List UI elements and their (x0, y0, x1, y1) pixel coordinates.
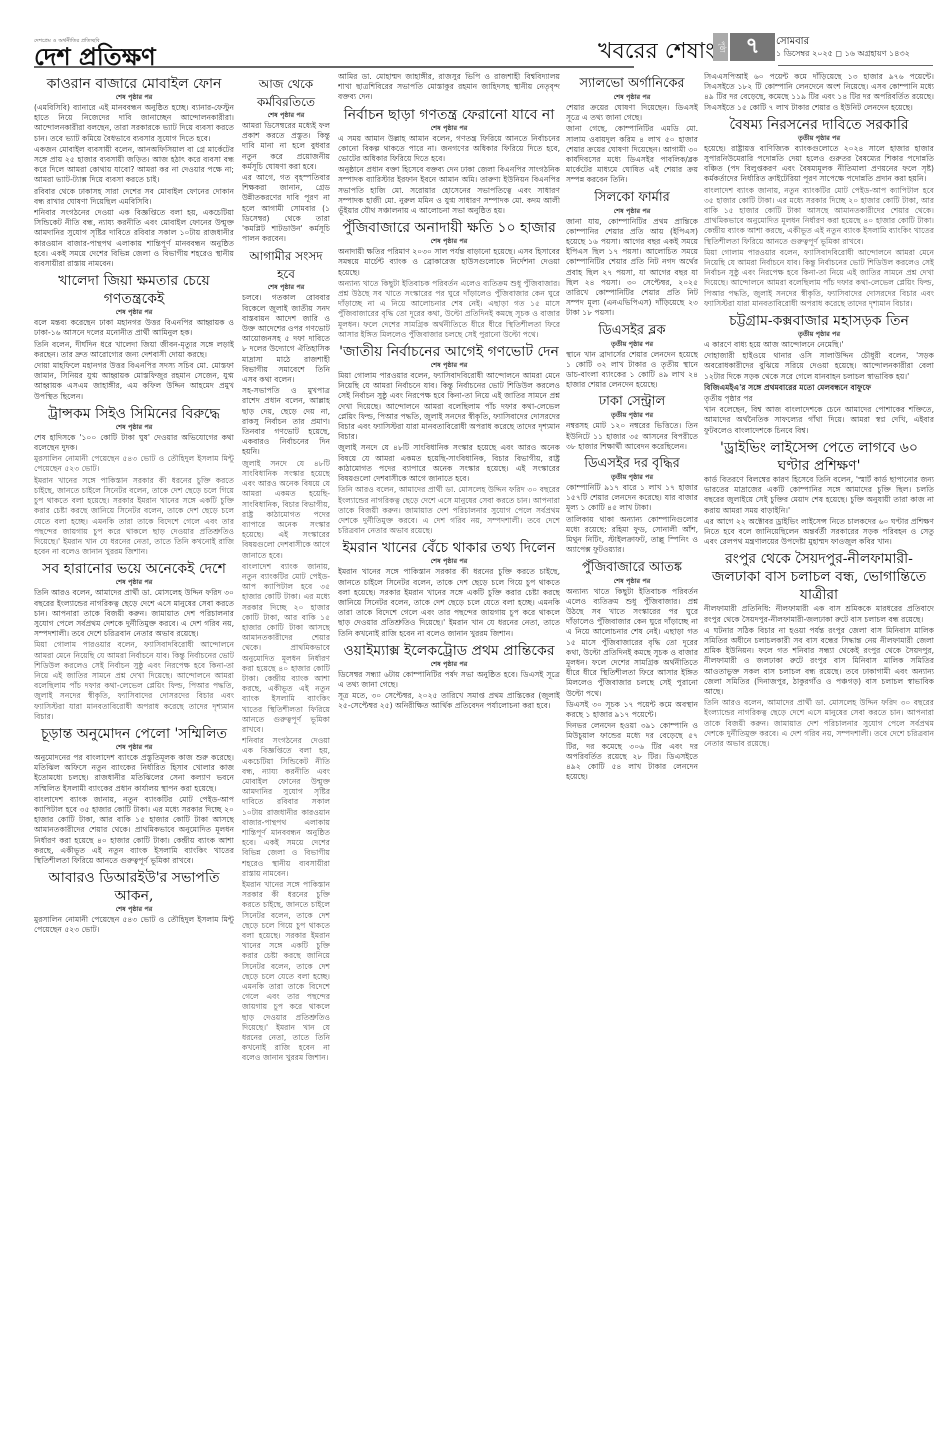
article-text: রবিবার থেকে ঢাকাসহ সারা দেশের সব মোবাইল … (34, 187, 234, 207)
article-text: ইমরান খানের সঙ্গে পাকিস্তান সরকার কী ধরন… (338, 567, 560, 638)
article-text: জানা যায়, কোম্পানিটির প্রথম প্রান্তিকে … (566, 217, 698, 319)
continued-label: শেষ পৃষ্ঠার পর (242, 111, 330, 119)
page-label: পৃষ্ঠা (713, 33, 728, 61)
article-text: ডিসেম্বর সন্ধ্যা ৬টায় কোম্পানিটির পর্ষদ… (338, 670, 560, 690)
article-text: এর আগে ২২ অক্টোবর ড্রাইভিং লাইসেন্স নিতে… (704, 517, 934, 548)
continued-label: শেষ পৃষ্ঠার পর (34, 905, 234, 913)
headline-kormobirotite: আজ থেকে কর্মবিরতিতে (242, 75, 330, 111)
continued-label: শেষ পৃষ্ঠার পর (242, 283, 330, 291)
headline-agami-sangsad: আগামীর সংসদ হবে (242, 247, 330, 283)
continued-label: শেষ পৃষ্ঠার পর (566, 207, 698, 215)
headline-imran: ইমরান খানের বেঁচে থাকার তথ্য দিলেন (338, 539, 560, 557)
continued-label: শেষ পৃষ্ঠার পর (338, 237, 560, 245)
article-text: শেষ হাদিসকে '১০০ কোটি টাকা ঘুষ' দেওয়ার … (34, 433, 234, 453)
continued-label: তৃতীয় পৃষ্ঠার পর (704, 394, 934, 404)
continued-label: তৃতীয় পৃষ্ঠার পর (704, 134, 934, 142)
continued-label: তৃতীয় পৃষ্ঠার পর (704, 330, 934, 338)
article-text: অন্যান্য খাতে কিছুটা ইতিবাচক পরিবর্তন এল… (566, 587, 698, 699)
page-number: ৭ (730, 33, 775, 61)
column-5: সিএএসপিআই ৬০ পয়েন্ট কমে দাঁড়িয়েছে ১৩ … (704, 72, 934, 1442)
continued-label: শেষ পৃষ্ঠার পর (338, 124, 560, 132)
headline-dse-block: ডিএসইর ব্লক (566, 322, 698, 340)
article-text: ডিএসই ৩০ সূচক ১৭ পয়েন্ট কমে অবস্থান করছ… (566, 700, 698, 720)
article-text: মিয়া গোলাম পারওয়ার বলেন, ফ্যাসিবাদবিরো… (34, 640, 234, 722)
article-text: কোম্পানিটি ৯১৭ বারে ১ লাখ ১৭ হাজার ১৫৭টি… (566, 483, 698, 514)
article-text: তিনি আরও বলেন, আমাদের প্রার্থী ডা. মোসলে… (338, 485, 560, 536)
date-full: ১ ডিসেম্বর ২০২৫ ◻ ১৬ অগ্রহায়ণ ১৪৩২ (776, 48, 910, 61)
date-rule (778, 65, 933, 66)
article-text: অনাদায়ী ক্ষতির পরিমাণ ২০৩০ সাল পর্যন্ত … (338, 247, 560, 278)
continued-label: শেষ পৃষ্ঠার পর (34, 93, 234, 101)
article-text: বাংলাদেশ ব্যাংক জানায়, নতুন ব্যাংকটির ম… (704, 186, 934, 247)
article-text: খান বলেছেন, বিশ্ব আজ বাংলাদেশকে চেনে আমা… (704, 405, 934, 436)
column-3: আমির ডা. মোহাম্মদ জাহাঙ্গীর, রাজসুর ভিপি… (338, 72, 560, 1442)
article-text: সূত্র মতে, ৩০ সেপ্টেম্বর, ২০২৫ তারিখে সম… (338, 691, 560, 711)
article-text: নম্বরসহ মোট ১২০ নম্বরের ভিত্তিতে। তিন ইউ… (566, 421, 698, 452)
continued-label: শেষ পৃষ্ঠার পর (34, 578, 234, 586)
article-text: এ কারণে বাধ্য হয়ে আজ আন্দোলনে নেমেছি।' (704, 340, 934, 350)
continued-label: শেষ পৃষ্ঠার পর (566, 577, 698, 585)
continued-label: তৃতীয় পৃষ্ঠার পর (566, 473, 698, 481)
article-text: তিনি আরও বলেন, আমাদের প্রার্থী ডা. মোসলে… (34, 588, 234, 639)
continued-label: শেষ পৃষ্ঠার পর (566, 93, 698, 101)
article-text: চলবে। গতকাল রোববার বিকেলে জুলাই জাতীয় স… (242, 293, 330, 385)
article-text: দোহাজারী হাইওয়ে থানার ওসি সালাউদ্দিন চৌ… (704, 351, 934, 382)
article-text: এ সময় আমান উল্লাহ আমান বলেন, গণতন্ত্র ফ… (338, 134, 560, 165)
article-text: মিয়া গোলাম পারওয়ার বলেন, ফ্যাসিবাদবিরো… (338, 371, 560, 442)
article-text: হয়েছে। রাষ্ট্রায়ত্ত বাণিজ্যিক ব্যাংকগু… (704, 144, 934, 185)
continued-label: তৃতীয় পৃষ্ঠার পর (566, 340, 698, 348)
article-text: এর আগে, গত বৃহস্পতিবার শিক্ষকরা জানান, গ… (242, 173, 330, 244)
headline-wimax: ওয়াইম্যাক্স ইলেকট্রোড প্রথম প্রান্তিকের (338, 642, 560, 660)
article-text: আমরা ডিসেম্বরের মধ্যেই ফল প্রকাশ করতে প্… (242, 121, 330, 172)
headline-salvo: স্যালভো অর্গানিকের (566, 75, 698, 93)
article-text: জুলাই সনদে যে ৪৮টি সাংবিধানিক সংস্কার হয… (242, 459, 330, 561)
article-text: বলে মন্তব্য করেছেন ঢাকা মহানগর উত্তর বিএ… (34, 318, 234, 338)
article-text: (এমবিসিবি) ব্যানারে এই মানববন্ধন অনুষ্ঠি… (34, 103, 234, 144)
headline-punjibazar: পুঁজিবাজারে অনাদায়ী ক্ষতি ১০ হাজার (338, 219, 560, 237)
article-text: শনিবার সংগঠনের দেওয়া এক বিজ্ঞপ্তিতে বলা… (34, 208, 234, 269)
logo-text: দেশ প্রতিক্ষণ (34, 46, 156, 68)
article-text: শনিবার সংগঠনের দেওয়া এক বিজ্ঞপ্তিতে বলা… (242, 736, 330, 879)
article-text: এ ঘটনার সঠিক বিচার না হওয়া পর্যন্ত রংপু… (704, 626, 934, 697)
article-text: দোয়া মাহফিলে মহানগর উত্তর বিএনপির সদস্য… (34, 361, 234, 402)
continued-label: শেষ পৃষ্ঠার পর (338, 660, 560, 668)
article-text: সিএএসপিআই ৬০ পয়েন্ট কমে দাঁড়িয়েছে ১৩ … (704, 72, 934, 113)
headline-churanto: চূড়ান্ত অনুমোদন পেলো 'সম্মিলিত (34, 725, 234, 743)
article-text: জুলাই সনদে যে ৪৮টি সাংবিধানিক সংস্কার হয… (338, 443, 560, 484)
article-text: জানা গেছে, কোম্পানিটির এমডি মো. সালাম ওব… (566, 124, 698, 185)
article-text: ইমরান খানের সঙ্গে পাকিস্তান সরকার কী ধরন… (242, 880, 330, 1064)
headline-transcom: ট্রান্সকম সিইও সিমিনের বিরুদ্ধে (34, 405, 234, 423)
headline-rangpur: রংপুর থেকে সৈয়দপুর-নীলফামারী-জলঢাকা বাস… (704, 550, 934, 604)
headline-driving: 'ড্রাইভিং লাইসেন্স পেতে লাগবে ৬০ ঘণ্টার … (704, 439, 934, 475)
article-text: অনুষ্ঠানে প্রধান বক্তা হিসেবে বক্তব্য দে… (338, 165, 560, 216)
headline-dse-dor: ডিএসইর দর বৃদ্ধির (566, 455, 698, 473)
page-number-box: পৃষ্ঠা ৭ (713, 33, 775, 61)
article-text: বাংলাদেশ ব্যাংক জানায়, নতুন ব্যাংকটির ম… (242, 562, 330, 735)
newspaper-logo: দেশপ্রেম ও অর্থনীতির প্রতিচ্ছবি দেশ প্রত… (34, 38, 156, 68)
headline-dru: আবারও ডিআরইউ'র সভাপতি আকন, (34, 869, 234, 905)
article-text: বাংলাদেশ ব্যাংক জানায়, নতুন ব্যাংকটির ম… (34, 795, 234, 866)
continued-label: শেষ পৃষ্ঠার পর (34, 423, 234, 431)
column-2: আজ থেকে কর্মবিরতিতে শেষ পৃষ্ঠার পর আমরা … (242, 72, 330, 1442)
column-1: কাওরান বাজারে মোবাইল ফোন শেষ পৃষ্ঠার পর … (34, 72, 234, 1442)
article-text: তালিকায় থাকা অন্যান্য কোম্পানিগুলোর মধ্… (566, 515, 698, 556)
headline-khaleda: খালেদা জিয়া ক্ষমতার চেয়ে গণতন্ত্রকেই (34, 272, 234, 308)
headline-boishommo: বৈষম্য নিরসনের দাবিতে সরকারি (704, 116, 934, 134)
article-text: কার্ড বিতরণে বিলম্বের কারণ হিসেবে তিনি ব… (704, 475, 934, 516)
article-text: নীলফামারী প্রতিনিধি: নীলফামারী এক বাস শ্… (704, 604, 934, 624)
article-text: দিনভর লেনদেন হওয়া ৩৯১ কোম্পানি ও মিউচুয… (566, 721, 698, 782)
continued-label: শেষ পৃষ্ঠার পর (34, 743, 234, 751)
article-text: স্থানে খান ব্রাদার্সের শেয়ার লেনদেন হয়… (566, 350, 698, 391)
article-text: মুরসালিন নোমানী পেয়েছেন ৫৪৩ ভোট ও তৌহিদ… (34, 454, 234, 474)
headline-nirbachon: নির্বাচন ছাড়া গণতন্ত্র ফেরানো যাবে না (338, 106, 560, 124)
article-text: তিনি আরও বলেন, আমাদের প্রার্থী ডা. মোসলে… (704, 698, 934, 749)
article-text: ইমরান খানের সঙ্গে পাকিস্তান সরকার কী ধরন… (34, 476, 234, 558)
article-text: আমির ডা. মোহাম্মদ জাহাঙ্গীর, রাজসুর ভিপি… (338, 72, 560, 103)
column-4: স্যালভো অর্গানিকের শেষ পৃষ্ঠার পর শেয়ার… (566, 72, 698, 1442)
article-text: মুরসালিন নোমানী পেয়েছেন ৫৪৩ ভোট ও তৌহিদ… (34, 915, 234, 935)
article-text: তিনি বলেন, দীর্ঘদিন ধরে খালেদা জিয়া জীব… (34, 340, 234, 360)
article-text: একজন মোবাইল ব্যবসায়ী বলেন, আনঅফিসিয়াল … (34, 145, 234, 186)
masthead: দেশপ্রেম ও অর্থনীতির প্রতিচ্ছবি দেশ প্রত… (0, 0, 945, 62)
continued-label: শেষ পৃষ্ঠার পর (338, 557, 560, 565)
article-text: শেয়ার ক্রয়ের ঘোষণা দিয়েছেন। ডিএসই সূত… (566, 103, 698, 123)
continued-label: তৃতীয় পৃষ্ঠার পর (566, 411, 698, 419)
headline-silco: সিলকো ফার্মার (566, 189, 698, 207)
masthead-rule (34, 66, 634, 68)
continued-label: শেষ পৃষ্ঠার পর (338, 361, 560, 369)
headline-chattogram: চট্টগ্রাম-কক্সবাজার মহাসড়ক তিন (704, 312, 934, 330)
subheading-bgmea: বিজিএমইএ'র সঙ্গে প্রথমবারের মতো মেলবন্ধন… (704, 383, 934, 393)
headline-kawran: কাওরান বাজারে মোবাইল ফোন (34, 75, 234, 93)
headline-dhaka-central: ঢাকা সেন্ট্রাল (566, 393, 698, 411)
article-text: অনুমোদনের পর বাংলাদেশ ব্যাংকে প্রস্তুতিম… (34, 753, 234, 794)
article-text: সহ-সভাপতি ও মুখপাত্র রাশেদ প্রধান বলেন, … (242, 386, 330, 457)
continued-label: শেষ পৃষ্ঠার পর (34, 308, 234, 316)
headline-jatiya: 'জাতীয় নির্বাচনের আগেই গণভোট দেন (338, 343, 560, 361)
article-text: মিয়া গোলাম পারওয়ার বলেন, ফ্যাসিবাদবিরো… (704, 248, 934, 309)
article-text: অন্যান্য খাতে কিছুটা ইতিবাচক পরিবর্তন এল… (338, 279, 560, 340)
headline-shob-haranor: সব হারানোর ভয়ে অনেকেই দেশে (34, 560, 234, 578)
headline-punjibazare-atonko: পুঁজিবাজারে আতঙ্ক (566, 559, 698, 577)
